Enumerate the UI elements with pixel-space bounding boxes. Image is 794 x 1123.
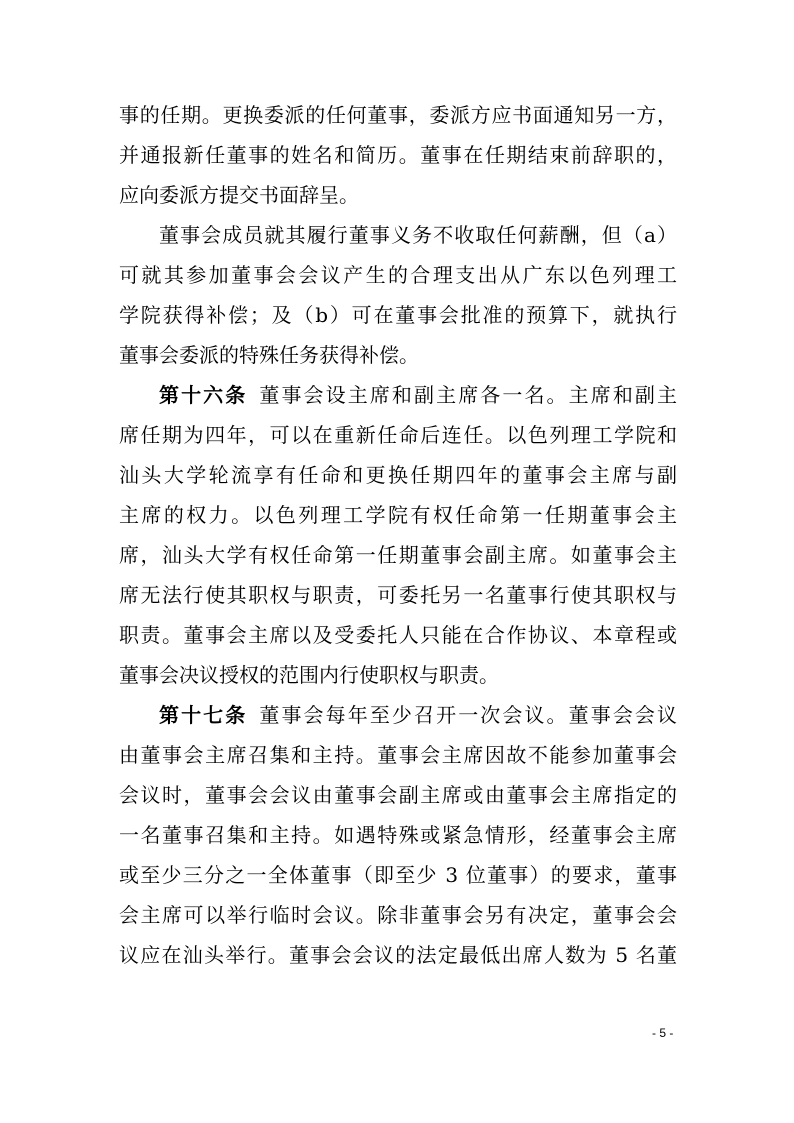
article-number: 第十七条 (159, 703, 247, 727)
text-line: 席，汕头大学有权任命第一任期董事会副主席。如董事会主 (119, 535, 677, 575)
page-number: - 5 - (652, 1026, 673, 1040)
text-line: 第十六条董事会设主席和副主席各一名。主席和副主 (119, 375, 677, 415)
text-line: 会主席可以举行临时会议。除非董事会另有决定，董事会会 (119, 895, 677, 935)
article-text: 董事会每年至少召开一次会议。董事会会议 (259, 703, 677, 727)
text-line: 或至少三分之一全体董事（即至少 3 位董事）的要求，董事 (119, 855, 677, 895)
text-line: 学院获得补偿；及（b）可在董事会批准的预算下，就执行 (119, 295, 677, 335)
text-line: 董事会决议授权的范围内行使职权与职责。 (119, 655, 677, 695)
article-text: 董事会设主席和副主席各一名。主席和副主 (259, 383, 677, 407)
article-16: 第十六条董事会设主席和副主席各一名。主席和副主 席任期为四年，可以在重新任命后连… (119, 375, 677, 695)
text-line: 并通报新任董事的姓名和简历。董事在任期结束前辞职的， (119, 135, 677, 175)
text-line: 可就其参加董事会会议产生的合理支出从广东以色列理工 (119, 255, 677, 295)
article-17: 第十七条董事会每年至少召开一次会议。董事会会议 由董事会主席召集和主持。董事会主… (119, 695, 677, 975)
text-line: 主席的权力。以色列理工学院有权任命第一任期董事会主 (119, 495, 677, 535)
text-line: 汕头大学轮流享有任命和更换任期四年的董事会主席与副 (119, 455, 677, 495)
text-line: 董事会成员就其履行董事义务不收取任何薪酬，但（a） (119, 215, 677, 255)
text-line: 会议时，董事会会议由董事会副主席或由董事会主席指定的 (119, 775, 677, 815)
document-body: 事的任期。更换委派的任何董事，委派方应书面通知另一方， 并通报新任董事的姓名和简… (119, 95, 677, 975)
text-line: 职责。董事会主席以及受委托人只能在合作协议、本章程或 (119, 615, 677, 655)
text-line: 席任期为四年，可以在重新任命后连任。以色列理工学院和 (119, 415, 677, 455)
text-line: 议应在汕头举行。董事会会议的法定最低出席人数为 5 名董 (119, 935, 677, 975)
article-number: 第十六条 (159, 383, 247, 407)
text-line: 应向委派方提交书面辞呈。 (119, 175, 677, 215)
text-line: 第十七条董事会每年至少召开一次会议。董事会会议 (119, 695, 677, 735)
paragraph-director-compensation: 董事会成员就其履行董事义务不收取任何薪酬，但（a） 可就其参加董事会会议产生的合… (119, 215, 677, 375)
text-line: 一名董事召集和主持。如遇特殊或紧急情形，经董事会主席 (119, 815, 677, 855)
document-page: 事的任期。更换委派的任何董事，委派方应书面通知另一方， 并通报新任董事的姓名和简… (0, 0, 794, 1123)
text-line: 事的任期。更换委派的任何董事，委派方应书面通知另一方， (119, 95, 677, 135)
text-line: 席无法行使其职权与职责，可委托另一名董事行使其职权与 (119, 575, 677, 615)
paragraph-director-term-continuation: 事的任期。更换委派的任何董事，委派方应书面通知另一方， 并通报新任董事的姓名和简… (119, 95, 677, 215)
text-line: 由董事会主席召集和主持。董事会主席因故不能参加董事会 (119, 735, 677, 775)
text-line: 董事会委派的特殊任务获得补偿。 (119, 335, 677, 375)
